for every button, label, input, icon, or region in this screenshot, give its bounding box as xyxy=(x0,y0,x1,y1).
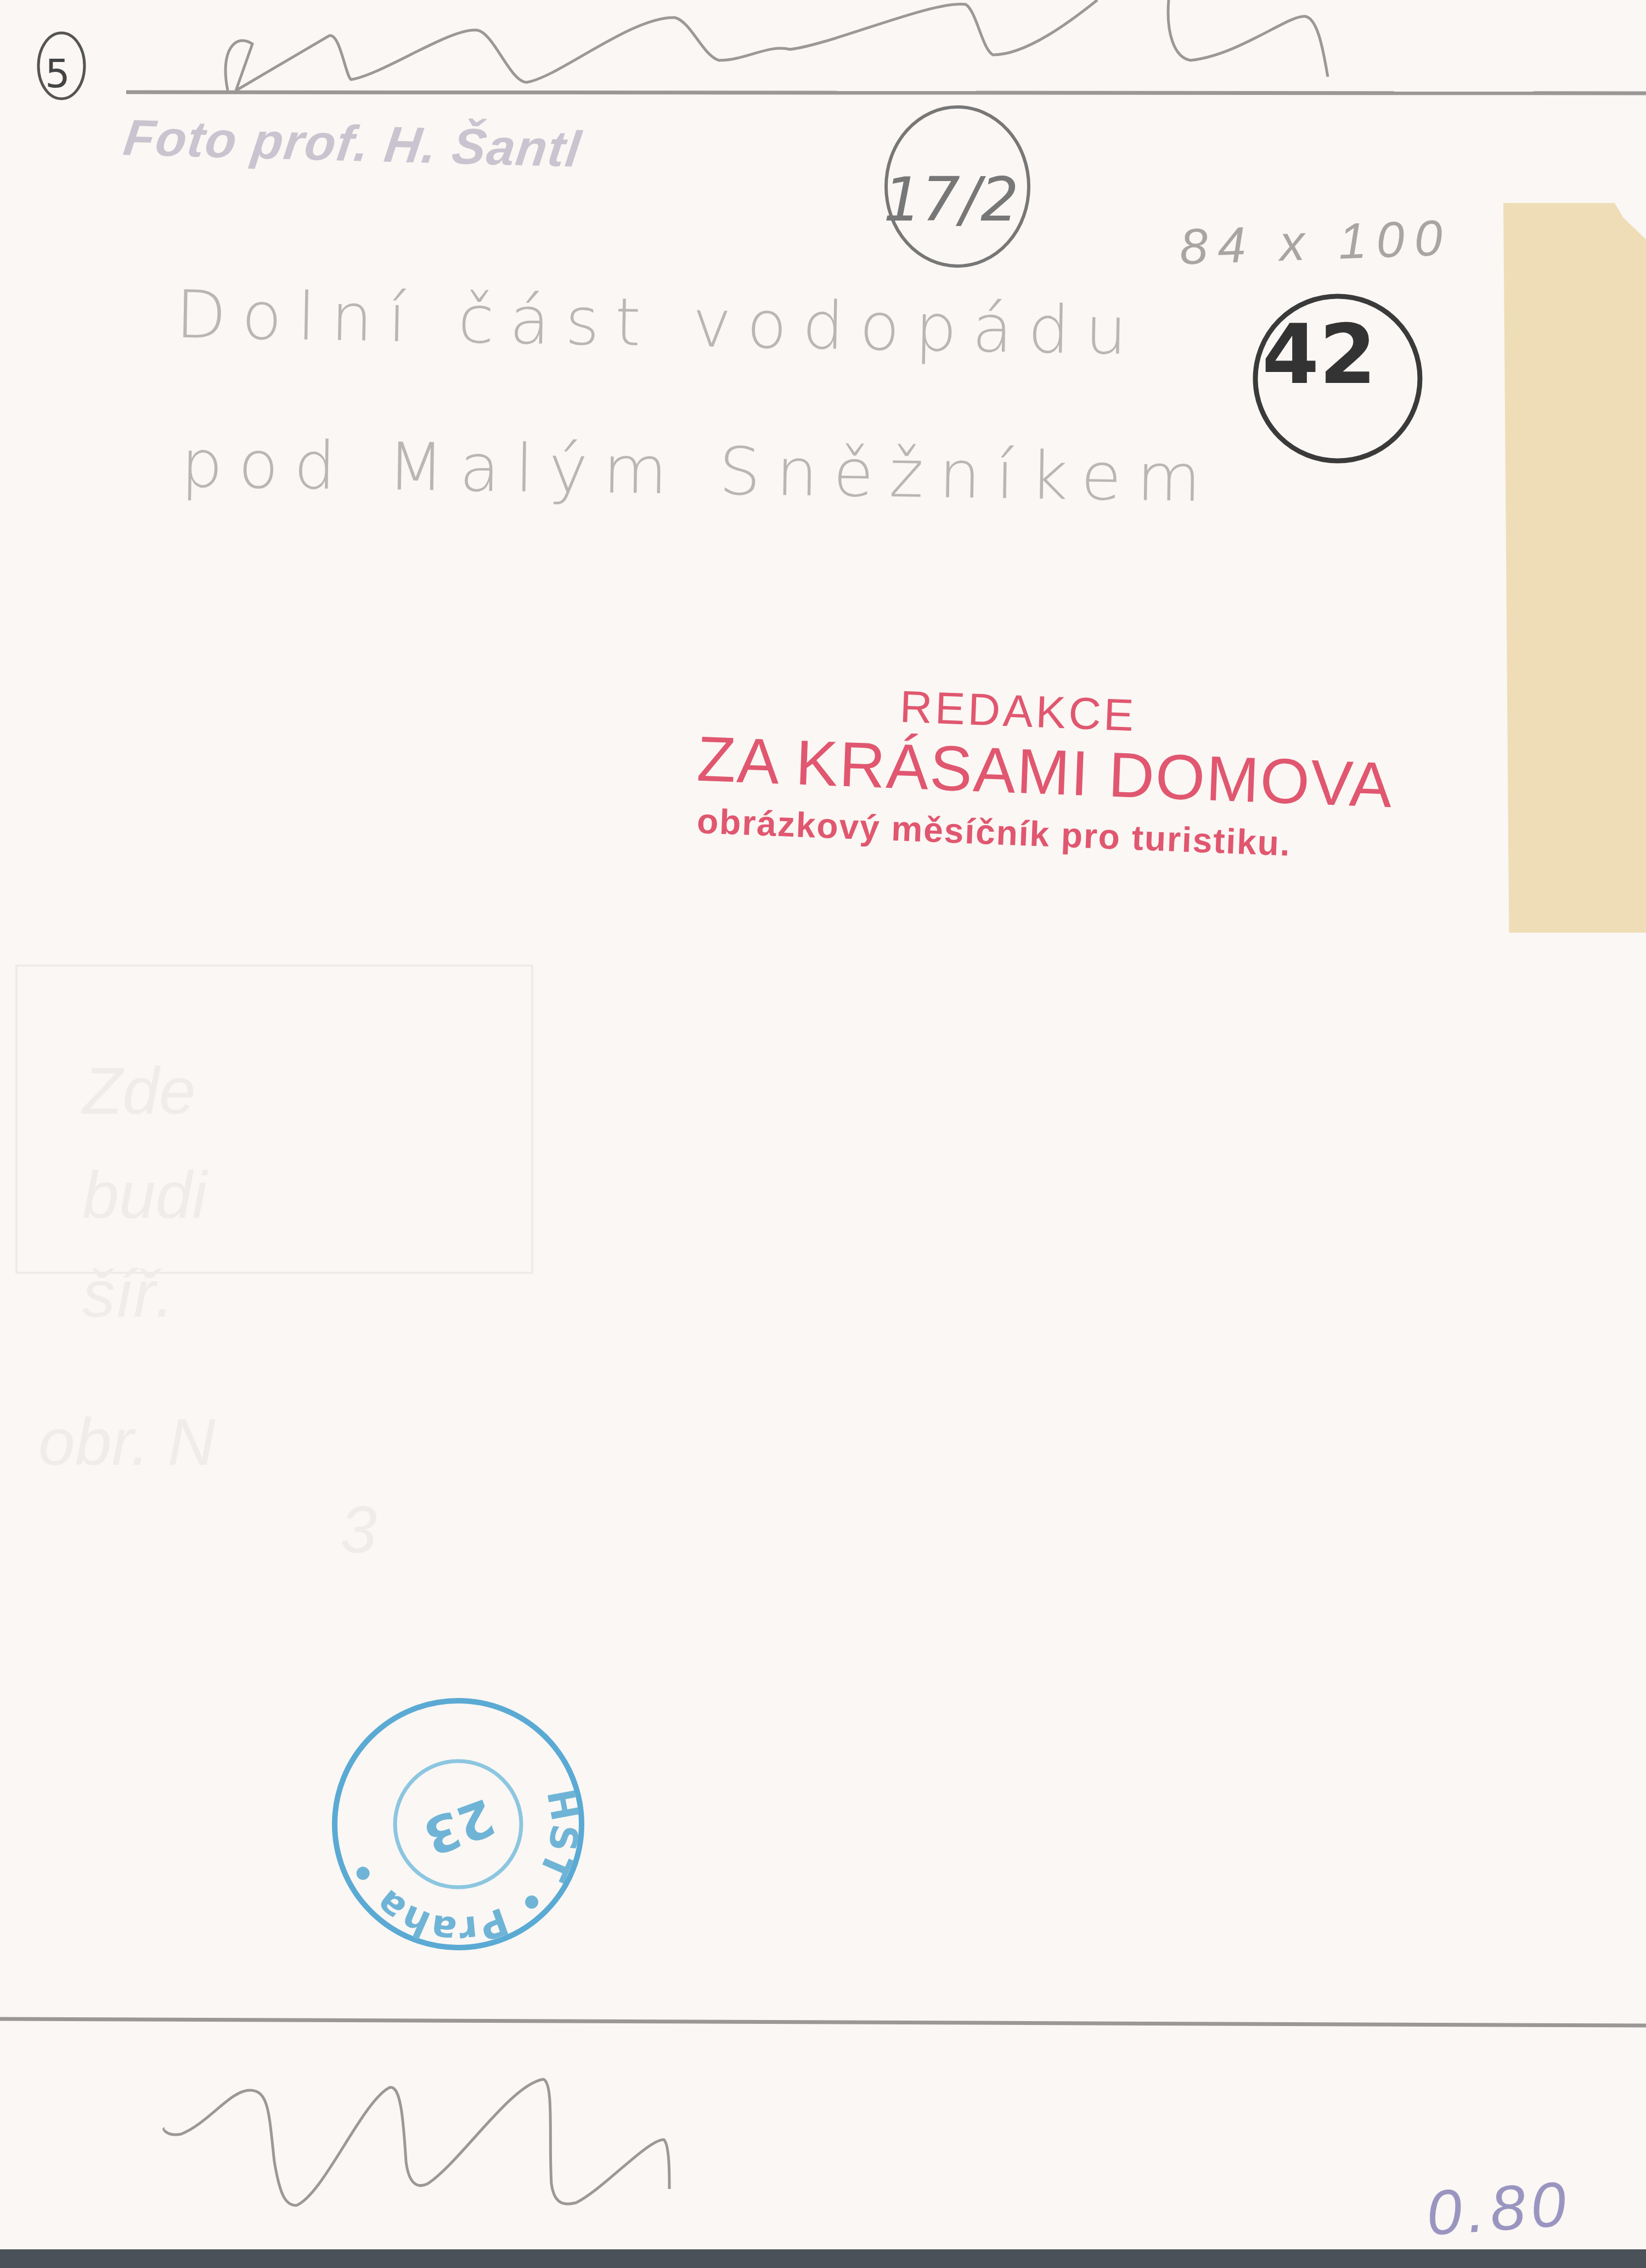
price-note: 0.80 xyxy=(1424,2168,1574,2250)
dimensions-note: 84 x 100 xyxy=(1179,209,1453,276)
catalog-number-42: 42 xyxy=(1262,307,1377,403)
faint-note-3: šíř. xyxy=(82,1256,174,1332)
adhesive-tape-strip xyxy=(1503,203,1646,933)
caption-line-2: pod Malým Sněžníkem xyxy=(181,426,1217,517)
scan-bottom-edge xyxy=(0,2249,1646,2268)
faint-note-5: 3 xyxy=(340,1492,377,1568)
catalog-number-17-2: 17/2 xyxy=(883,165,1019,235)
faint-note-4: obr. N xyxy=(38,1404,215,1480)
faint-note-1: Zde xyxy=(82,1053,196,1129)
photographer-stamp: Foto prof. H. Šantl xyxy=(120,109,584,179)
round-stamp: HST • Praha • 23 xyxy=(329,1695,587,1953)
catalog-number-5: 5 xyxy=(45,50,70,97)
faint-note-2: budi xyxy=(82,1158,207,1233)
round-stamp-number: 23 xyxy=(416,1787,502,1866)
